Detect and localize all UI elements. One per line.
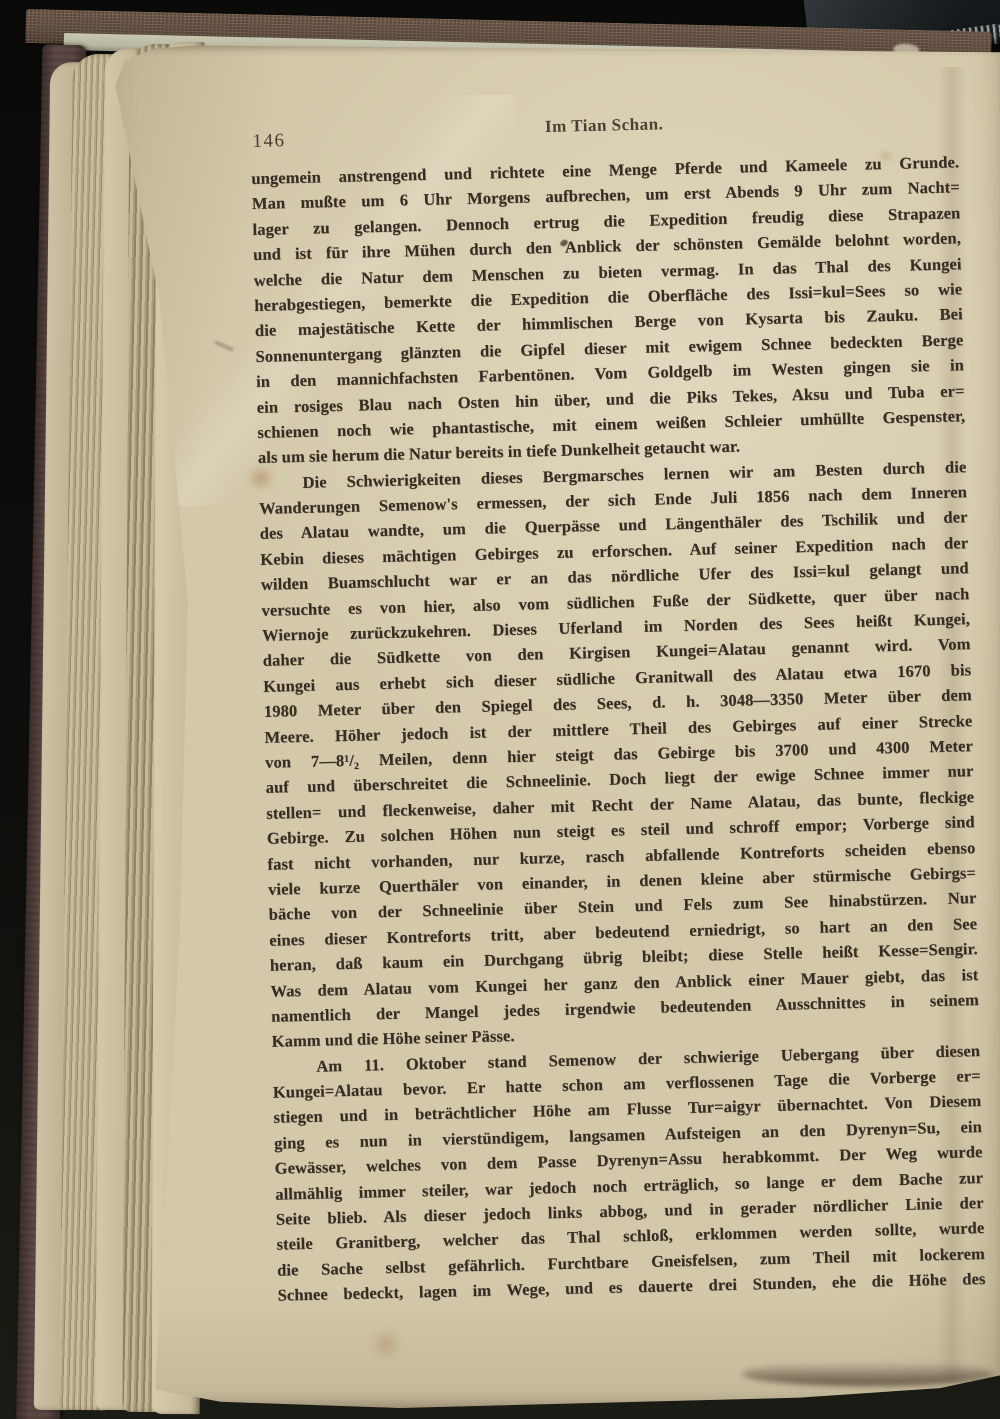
page-edge-shadow — [742, 1362, 994, 1386]
page-content: 146 Im Tian Schan. ungemein anstrengend … — [250, 105, 986, 1308]
paragraph: ungemein anstrengend und richtete eine M… — [251, 149, 966, 470]
paragraph: Die Schwierigkeiten dieses Bergmarsches … — [258, 454, 980, 1055]
paragraph: Am 11. Oktober stand Semenow der schwier… — [272, 1038, 986, 1309]
text-block: ungemein anstrengend und richtete eine M… — [251, 149, 986, 1308]
book-photo: 146 Im Tian Schan. ungemein anstrengend … — [0, 0, 1000, 1419]
page-number: 146 — [252, 130, 286, 153]
